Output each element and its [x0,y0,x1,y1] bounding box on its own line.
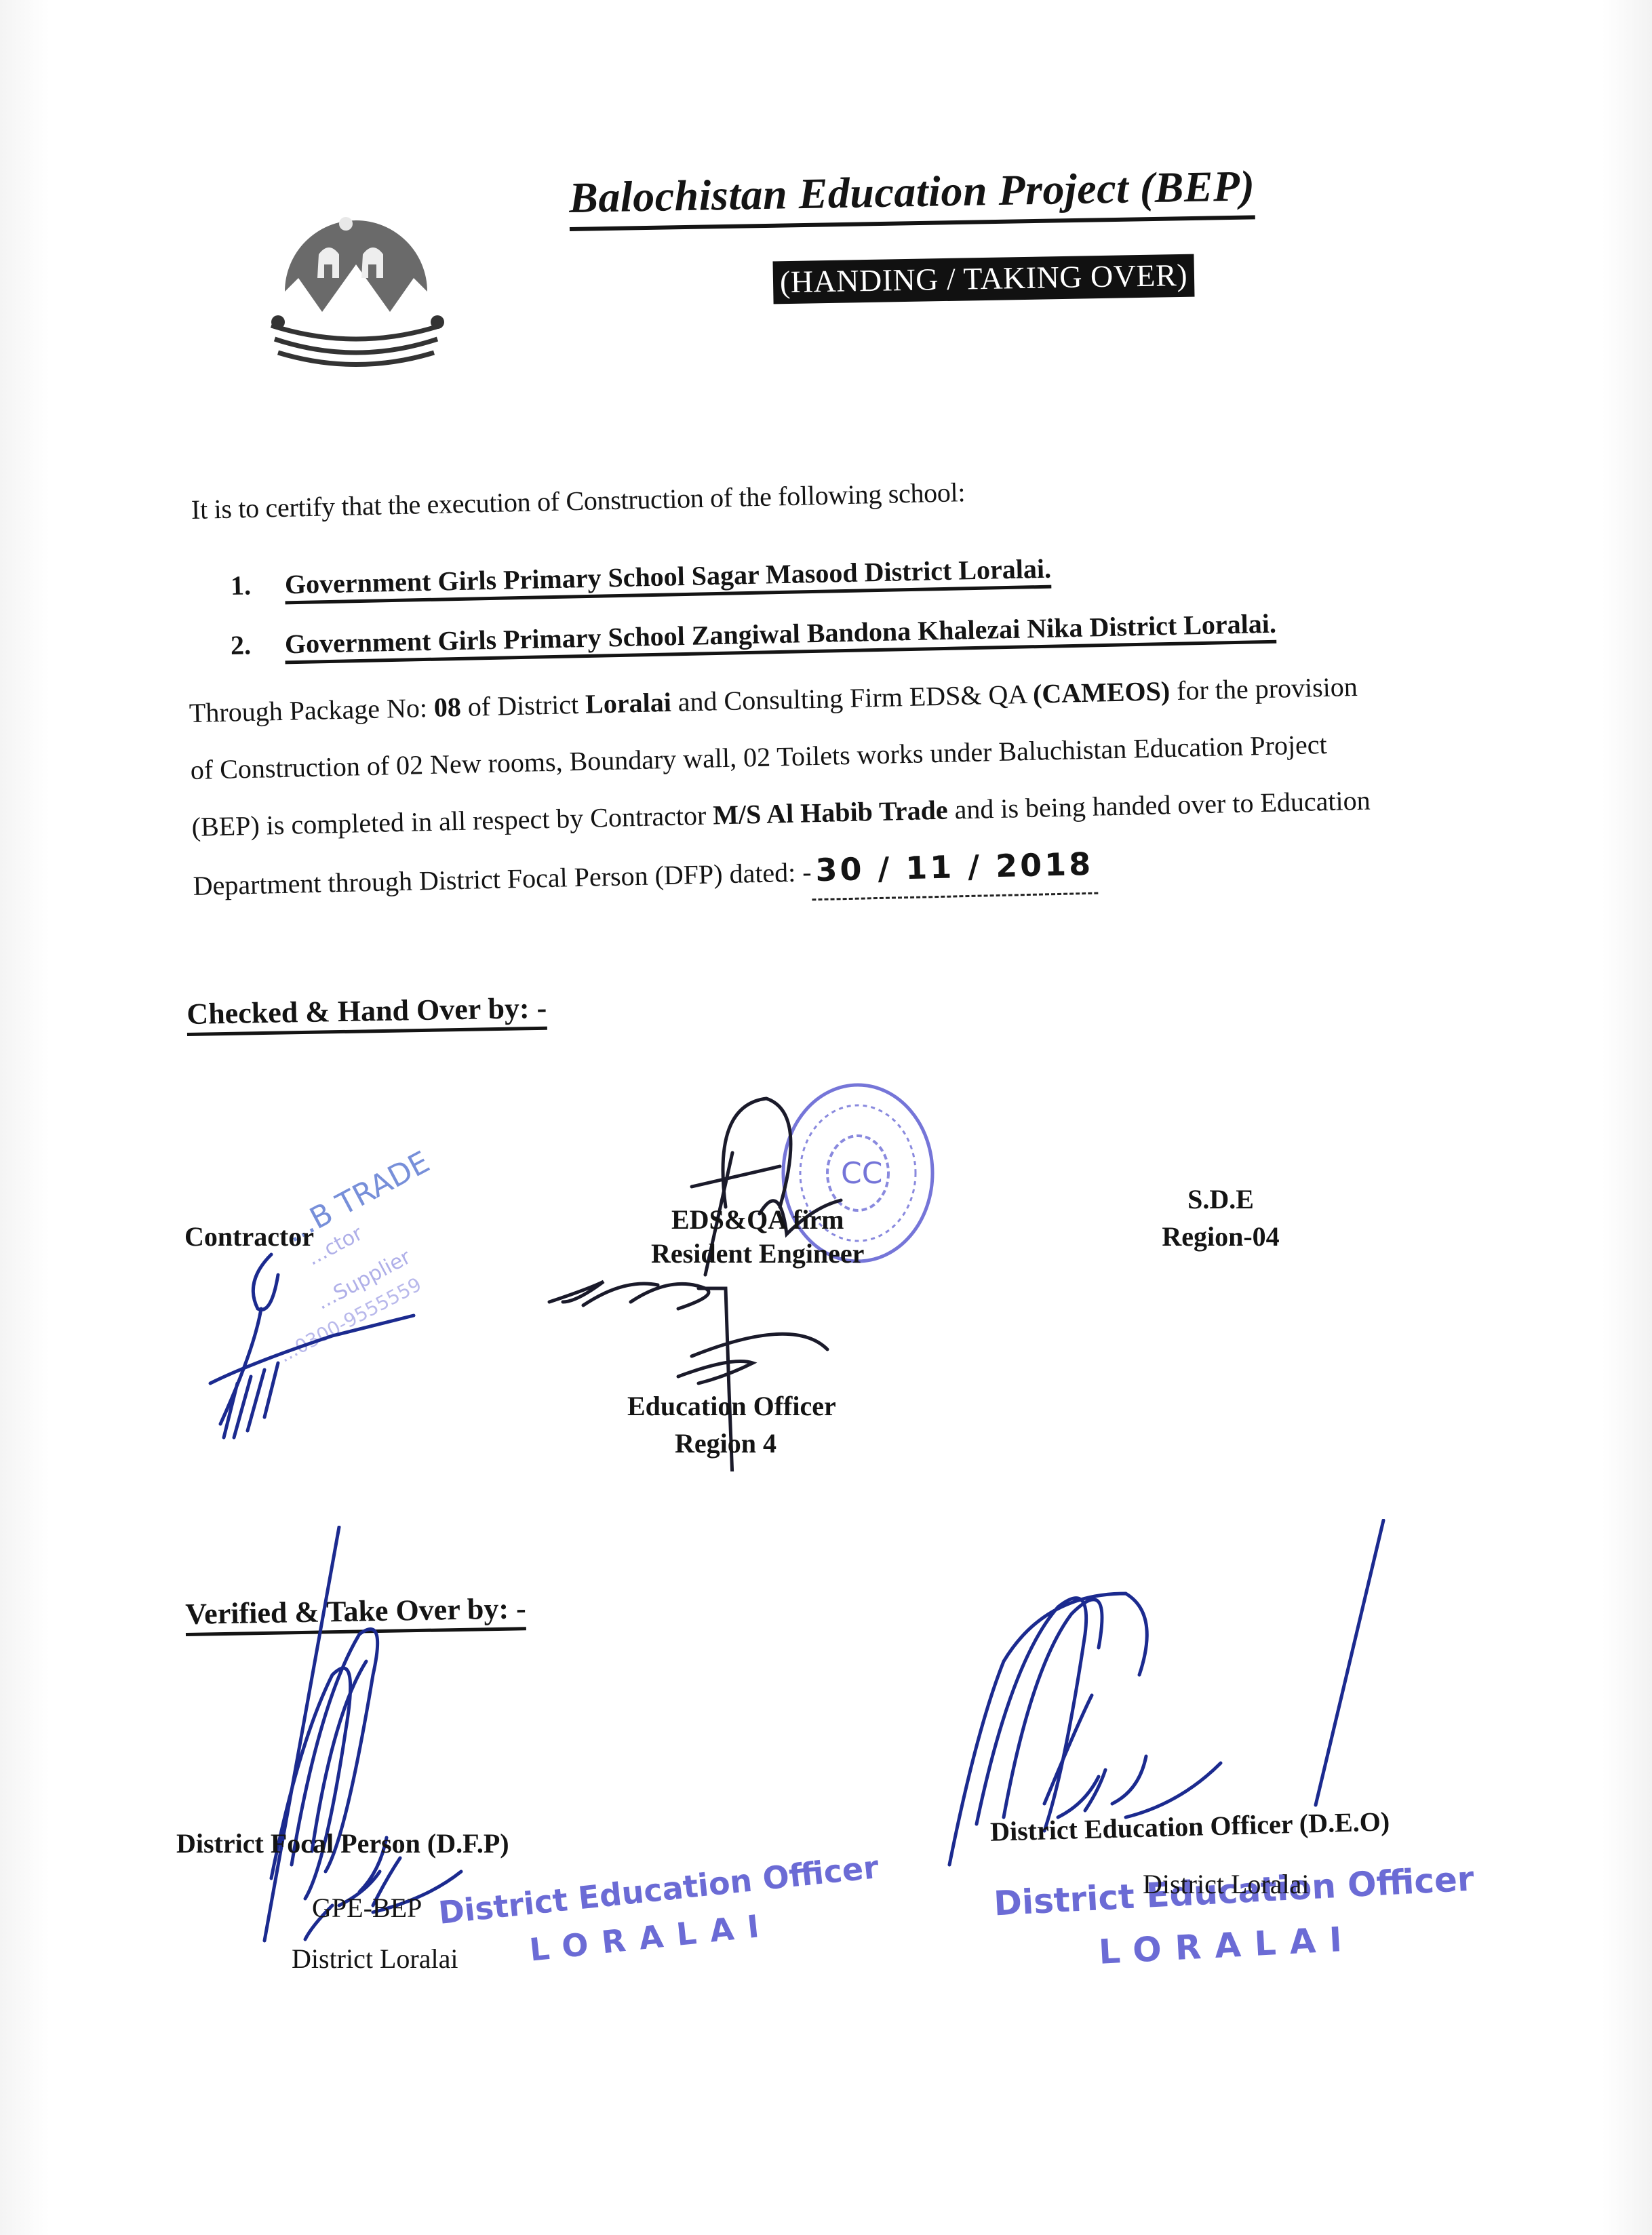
contractor-name: M/S Al Habib Trade [713,795,948,831]
text: (BEP) is completed in all respect by Con… [191,800,713,842]
certification-intro: It is to certify that the execution of C… [191,476,965,526]
emblem-icon [251,183,461,373]
svg-text:CC: CC [841,1156,882,1191]
education-officer-signature-block: Education Officer Region 4 [529,1275,990,1471]
deo-district: District Loralai [1143,1868,1309,1900]
contractor-signature-block: ...B TRADE ...ctor ...Supplier ...0300-9… [170,1153,509,1424]
sde-label: S.D.E [1153,1183,1289,1215]
list-item: 1.Government Girls Primary School Sagar … [231,553,1052,601]
school-name: Government Girls Primary School Sagar Ma… [285,553,1052,605]
dfp-district: District Loralai [292,1943,458,1975]
handwritten-date: 30 / 11 / 2018 [811,835,1099,901]
text: and is being handed over to Education [947,785,1371,825]
dfp-signature-block: District Focal Person (D.F.P) GPE-BEP Di… [170,1526,848,1987]
eds-qa-firm-label: EDS&QA firm [671,1204,844,1235]
deo-signature-block: District Education Officer (D.E.O) Distr… [936,1519,1478,1980]
list-number: 1. [231,568,286,601]
text: of District [460,689,585,722]
dfp-org: GPE-BEP [312,1892,422,1924]
text: Department through District Focal Person… [193,856,812,901]
government-emblem-logo [251,183,461,373]
contractor-signature-icon [197,1214,468,1471]
package-number: 08 [433,692,461,723]
firm-name: (CAMEOS) [1033,675,1171,709]
district-name: Loralai [585,687,672,719]
certification-paragraph: Through Package No: 08 of District Loral… [189,654,1536,915]
dfp-label: District Focal Person (D.F.P) [176,1827,509,1859]
list-number: 2. [231,628,286,661]
resident-engineer-label: Resident Engineer [651,1238,864,1269]
sde-region: Region-04 [1146,1221,1295,1252]
text: Through Package No: [189,692,434,728]
eds-qa-signature-block: CC EDS&QA firm Resident Engineer [624,1058,977,1288]
school-name: Government Girls Primary School Zangiwal… [285,608,1277,665]
document-subtitle: (HANDING / TAKING OVER) [772,254,1194,304]
handover-heading: Checked & Hand Over by: - [186,991,547,1036]
document-page: Balochistan Education Project (BEP) (HAN… [0,0,1652,2235]
list-item: 2.Government Girls Primary School Zangiw… [231,608,1277,661]
text: and Consulting Firm EDS& QA [671,679,1033,717]
document-title: Balochistan Education Project (BEP) [568,161,1255,231]
text: for the provision [1170,671,1358,706]
education-officer-region: Region 4 [675,1427,776,1459]
education-officer-label: Education Officer [627,1390,836,1422]
